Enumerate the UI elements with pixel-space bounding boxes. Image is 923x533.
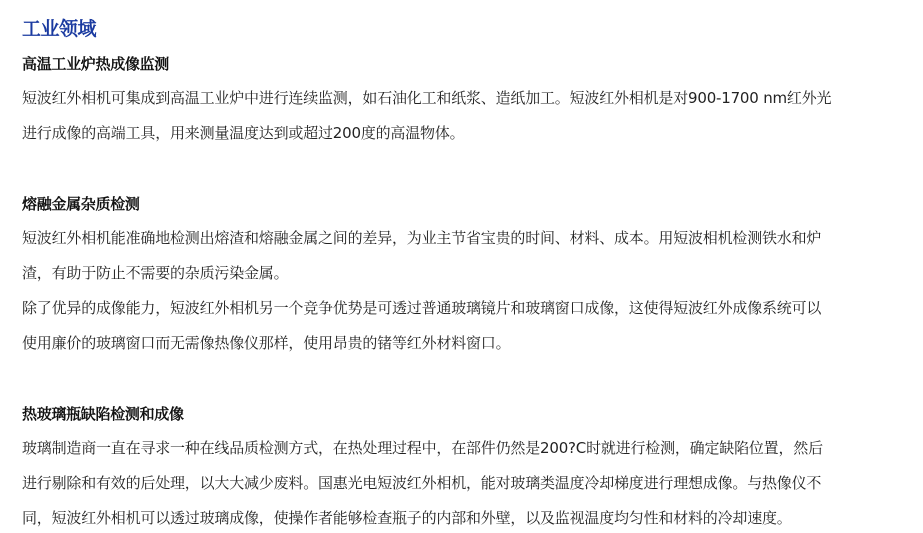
heading-molten-metal: 熔融金属杂质检测 <box>22 193 140 214</box>
text-line: 进行成像的高端工具，用来测量温度达到或超过200度的高温物体。 <box>22 124 464 142</box>
heading-furnace-monitoring: 高温工业炉热成像监测 <box>22 53 169 74</box>
text-line: 进行剔除和有效的后处理，以大大减少废料。国惠光电短波红外相机，能对玻璃类温度冷却… <box>22 474 821 492</box>
text-line: 渣，有助于防止不需要的杂质污染金属。 <box>22 264 288 282</box>
text-line: 使用廉价的玻璃窗口而无需像热像仪那样，使用昂贵的锗等红外材料窗口。 <box>22 334 510 352</box>
text-line: 玻璃制造商一直在寻求一种在线品质检测方式，在热处理过程中，在部件仍然是200?C… <box>22 439 823 457</box>
paragraph-glass-bottle: 玻璃制造商一直在寻求一种在线品质检测方式，在热处理过程中，在部件仍然是200?C… <box>22 431 902 533</box>
paragraph-furnace: 短波红外相机可集成到高温工业炉中进行连续监测，如石油化工和纸浆、造纸加工。短波红… <box>22 81 902 151</box>
paragraph-molten-metal: 短波红外相机能准确地检测出熔渣和熔融金属之间的差异，为业主节省宝贵的时间、材料、… <box>22 221 902 291</box>
paragraph-glass-window: 除了优异的成像能力，短波红外相机另一个竞争优势是可透过普通玻璃镜片和玻璃窗口成像… <box>22 291 902 361</box>
text-line: 短波红外相机能准确地检测出熔渣和熔融金属之间的差异，为业主节省宝贵的时间、材料、… <box>22 229 821 247</box>
text-line: 同，短波红外相机可以透过玻璃成像，使操作者能够检查瓶子的内部和外壁，以及监视温度… <box>22 509 792 527</box>
section-title: 工业领域 <box>22 14 96 41</box>
heading-glass-bottle: 热玻璃瓶缺陷检测和成像 <box>22 403 184 424</box>
text-line: 短波红外相机可集成到高温工业炉中进行连续监测，如石油化工和纸浆、造纸加工。短波红… <box>22 89 831 107</box>
text-line: 除了优异的成像能力，短波红外相机另一个竞争优势是可透过普通玻璃镜片和玻璃窗口成像… <box>22 299 821 317</box>
